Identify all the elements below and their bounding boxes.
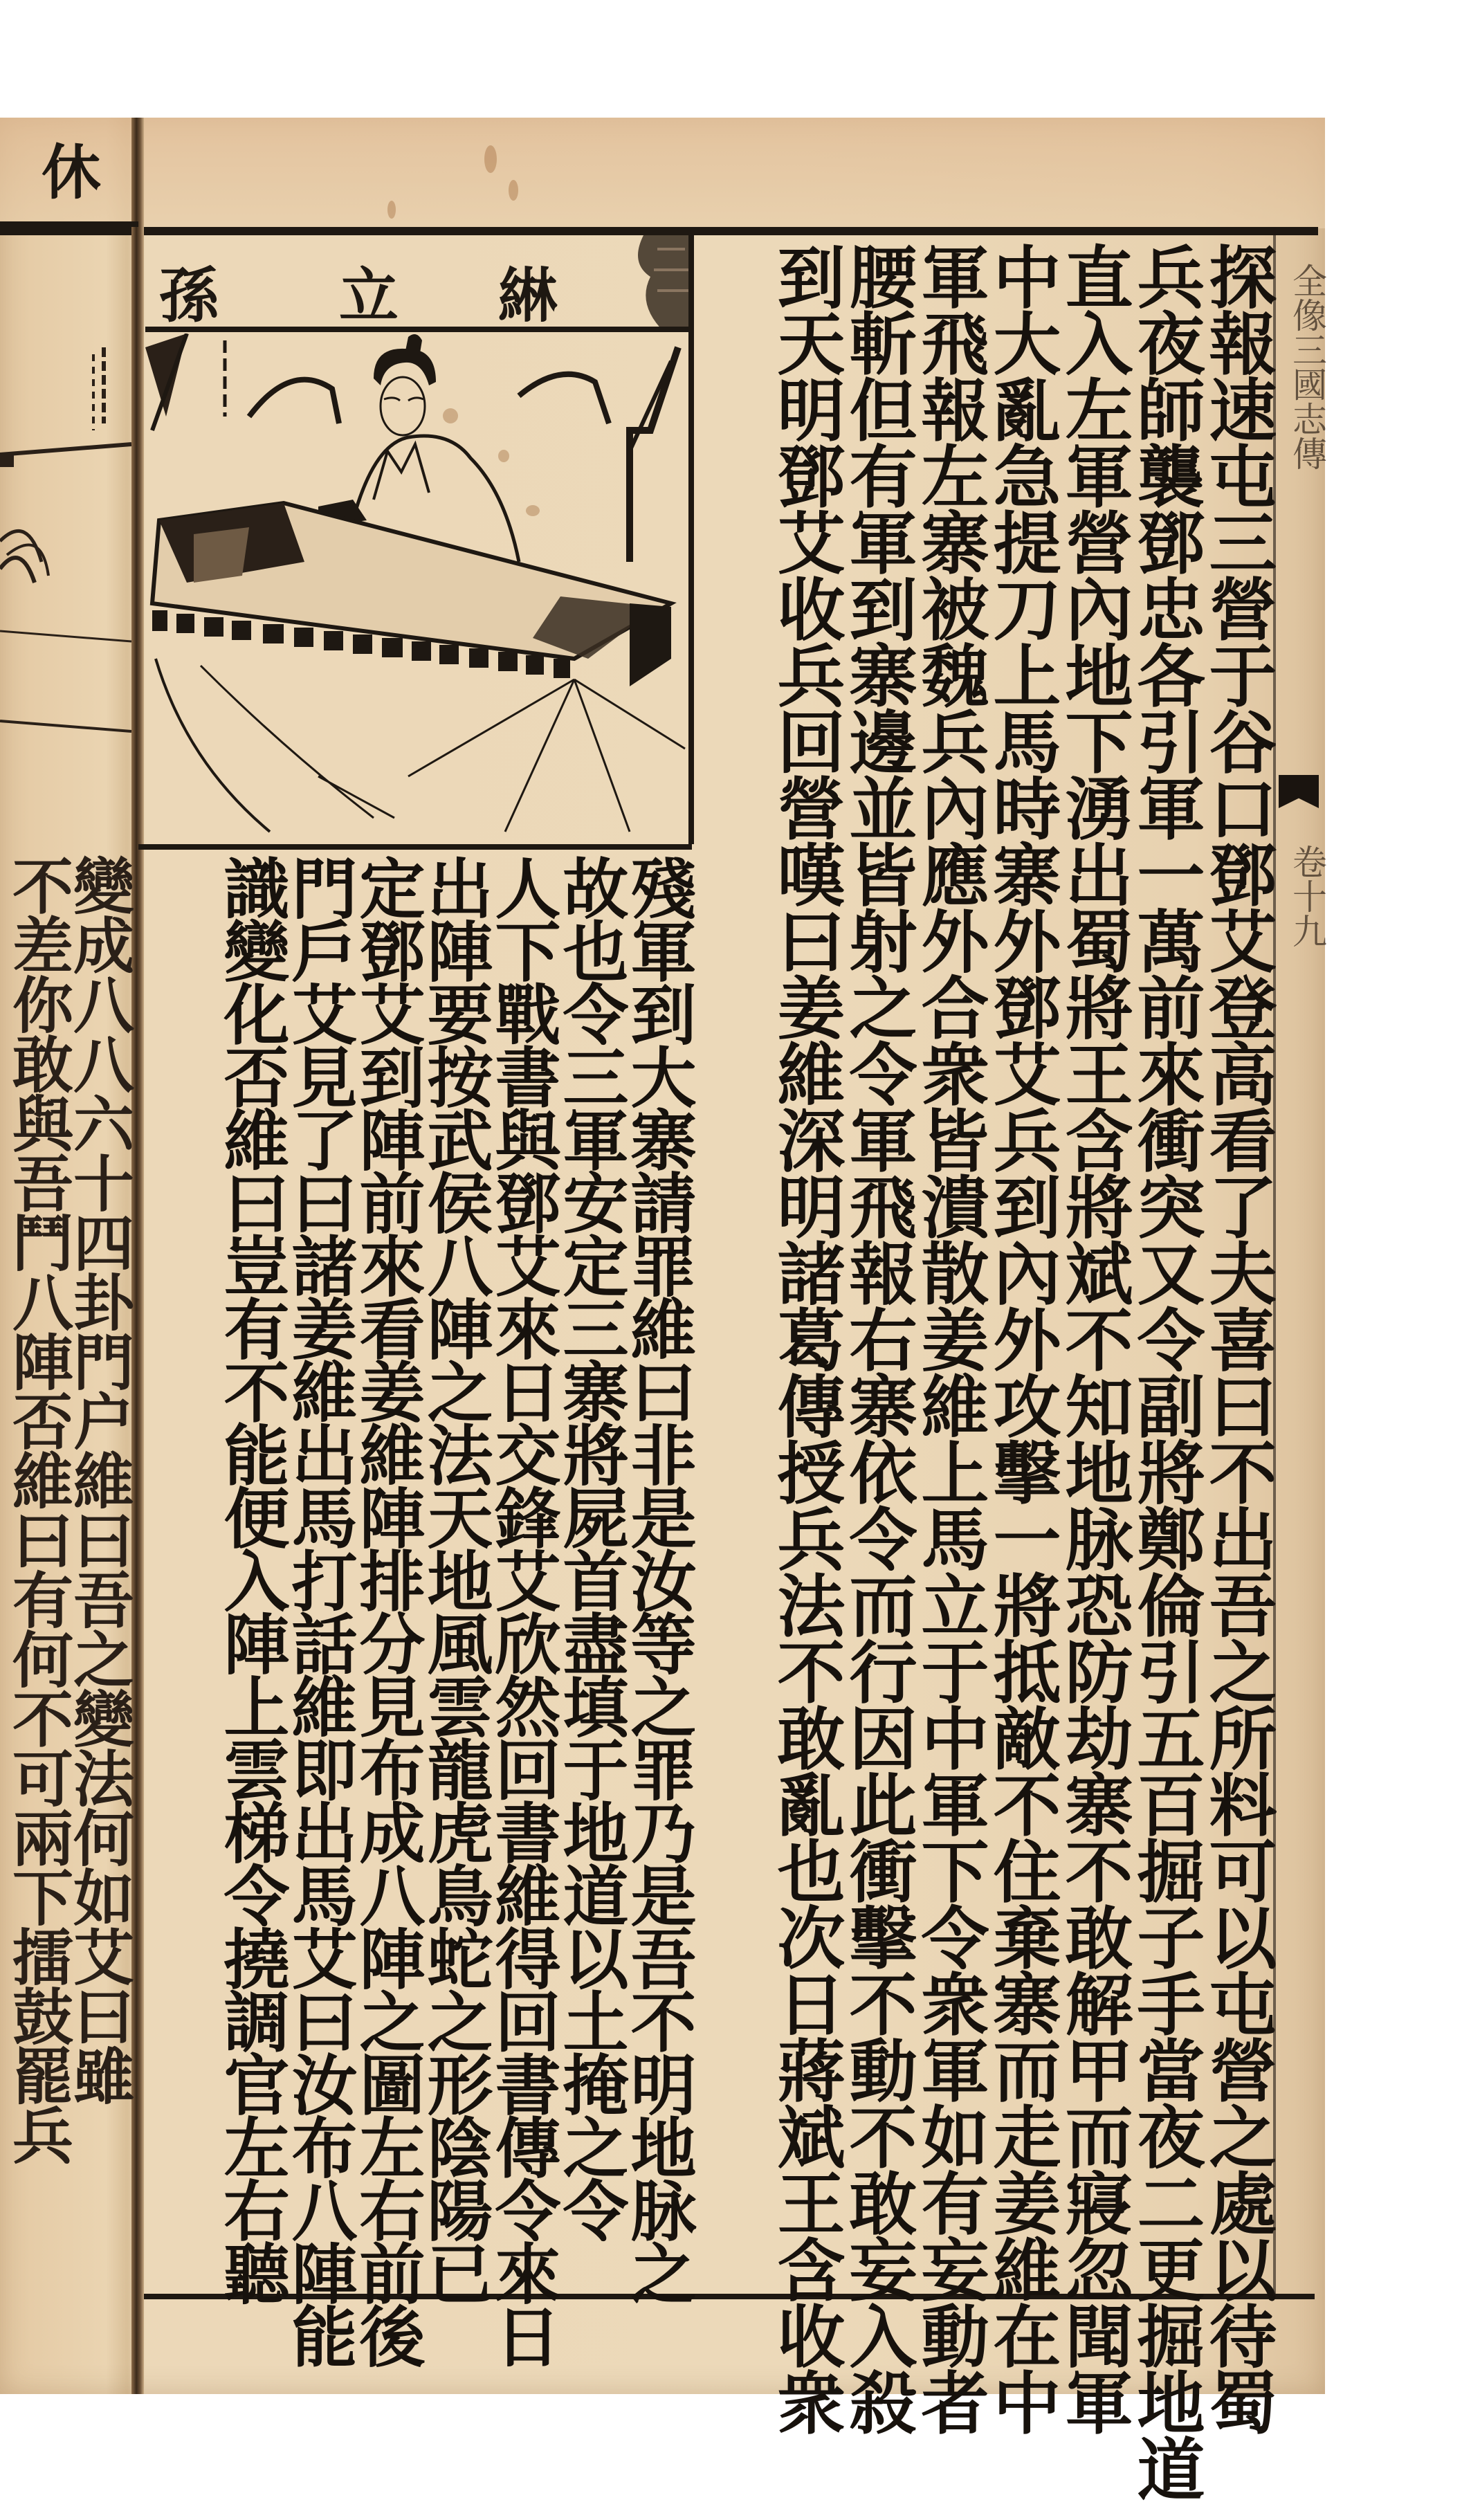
- page-scan: 休 孫 立 綝: [0, 118, 1325, 2394]
- main-text-block-lower: 殘軍到大寨請罪維曰非是汝等之罪乃是吾不明地脉之 故也令三軍安定三寨將屍首盡填于地…: [149, 855, 692, 2294]
- banxin-title: 全像三國志傳: [1282, 263, 1332, 471]
- foxing-stain: [387, 201, 396, 219]
- banner-bottom-rule: [145, 327, 692, 332]
- text-column: 變成八八六十四卦門户維曰吾之變法何如艾曰雖: [69, 855, 130, 2294]
- text-column: 故也令三軍安定三寨將屍首盡填于地道以土掩之令: [556, 855, 624, 2294]
- text-column: 兵夜師襲鄧忠各引軍一萬前來衝突又令副將鄭倫引五百掘子手當夜二更掘地道: [1129, 242, 1201, 2290]
- text-column: 軍飛報左寨被魏兵內應外合衆皆潰散姜維上馬立于中軍下令衆軍如有妄動者: [913, 242, 985, 2290]
- banner-ornament-icon: [623, 235, 692, 332]
- banner-char: 孫: [159, 248, 219, 334]
- banner-char: 立: [339, 248, 399, 334]
- foxing-stain: [484, 145, 497, 173]
- text-column: 直入左軍營內地下湧出蜀將王含將斌不知地脉恐防劫寨不敢解甲而寢忽聞軍: [1057, 242, 1129, 2290]
- left-page-banner-rule: [0, 221, 138, 227]
- left-page-text-fragment: 變成八八六十四卦門户維曰吾之變法何如艾曰雖 不差你敢與吾鬥八陣否維曰有何不可兩下…: [6, 855, 130, 2294]
- text-column: 識變化否維曰豈有不能便入陣上雲梯令撓調官左右聽: [217, 855, 285, 2294]
- woodcut-illustration: [145, 334, 692, 846]
- main-text-block-upper: 探報速屯三營于谷口鄧艾登高看了夫喜曰不出吾之所料可以屯營之處以待蜀 兵夜師襲鄧忠…: [699, 242, 1273, 2290]
- banxin-rule: [1273, 227, 1276, 2296]
- illustration-right-border: [688, 235, 694, 844]
- text-column: 定鄧艾到陣前來看姜維陣排分見布成八陣之圖左右前後: [353, 855, 421, 2294]
- banner-char: 綝: [498, 248, 558, 334]
- text-column: 到天明鄧艾收兵回營嘆曰姜維深明諸葛傳授兵法不敢亂也次日蔣斌王含收衆: [769, 242, 841, 2290]
- text-column: 出陣要按武侯八陣之法天地風雲龍虎鳥蛇之形陰陽已: [421, 855, 488, 2294]
- text-column: 中大亂急提刀上馬時寨外鄧艾兵到內外攻擊一將抵敵不住棄寨而走姜維在中: [985, 242, 1057, 2290]
- text-column: 腰斬但有軍到寨邊並皆射之令軍飛報右寨依令而行因此衝擊不動不敢妄入殺: [841, 242, 913, 2290]
- text-column: 人下戰書與鄧艾來日交鋒艾欣然回書維得回書傳令來日: [488, 855, 556, 2294]
- illustration-caption-banner: 孫 立 綝: [145, 235, 692, 332]
- frame-top-rule: [0, 227, 1318, 235]
- left-page-illustration: [0, 334, 131, 846]
- text-column: 殘軍到大寨請罪維曰非是汝等之罪乃是吾不明地脉之: [624, 855, 692, 2294]
- page-top-margin: [0, 118, 1325, 228]
- long-table-icon: [152, 503, 671, 686]
- banxin-margin: 全像三國志傳 卷十九: [1277, 235, 1318, 2297]
- illustration-bottom-border: [138, 844, 692, 850]
- text-column: 不差你敢與吾鬥八陣否維曰有何不可兩下擂鼓罷兵: [8, 855, 69, 2294]
- text-column: 探報速屯三營于谷口鄧艾登高看了夫喜曰不出吾之所料可以屯營之處以待蜀: [1201, 242, 1273, 2290]
- text-column: 門戶艾見了曰諸姜維出馬打話維即出馬艾曰汝布八陣能: [285, 855, 353, 2294]
- banner-char-left-page: 休: [42, 125, 101, 210]
- foxing-stain: [509, 180, 518, 201]
- banxin-volume: 卷十九: [1282, 844, 1332, 948]
